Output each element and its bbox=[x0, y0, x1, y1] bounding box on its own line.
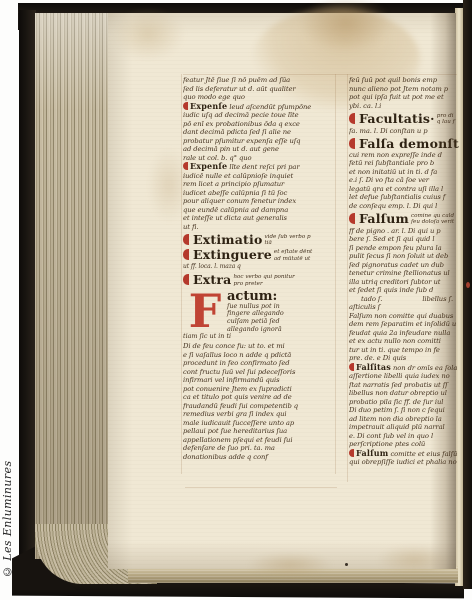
manuscript-line: appellationem pſequi et feudi ſui bbox=[183, 436, 335, 445]
manuscript-line: ad decimā pin ut d. aut gene bbox=[183, 145, 335, 154]
red-paragraph-mark bbox=[183, 162, 188, 170]
entry-headword: Falſitas bbox=[356, 362, 391, 372]
gloss-line: vide ſub verbo p bbox=[265, 234, 311, 241]
manuscript-line: rem licet a principio pſumatur bbox=[183, 180, 335, 189]
manuscript-line: iudicē nulle et calūpnioſe inquiet bbox=[183, 172, 335, 181]
book-gutter-shadow bbox=[463, 0, 472, 589]
manuscript-line: que eundē calūpnia ad dampna bbox=[183, 206, 335, 215]
manuscript-line: ca et titulo pot quis venire ad de bbox=[183, 393, 335, 402]
red-paragraph-mark bbox=[349, 213, 355, 224]
entry-headword: Expenſe bbox=[190, 101, 227, 111]
page-curve-shadow bbox=[430, 13, 456, 569]
red-paragraph-mark bbox=[349, 138, 355, 149]
gloss-line: et eſtate dēnt bbox=[274, 249, 312, 256]
gloss-line: pro preter bbox=[233, 281, 294, 288]
entry-headword: Extimatio bbox=[193, 233, 263, 246]
manuscript-line: infirmari vel infirmandū quis bbox=[183, 376, 335, 385]
manuscript-line: iudicet abeſſe calūpnia ſi tū ſoc bbox=[183, 189, 335, 198]
gloss-line: hoc verbo qui ponitur bbox=[233, 274, 294, 281]
entry-heading-row: Extimatiovide ſub verbo ptiā bbox=[183, 233, 335, 247]
ruling-line bbox=[185, 487, 337, 488]
ruling-line bbox=[181, 74, 182, 474]
manuscript-line-fragment: līte dent reſci pri par bbox=[227, 163, 299, 171]
manuscript-line-fragment: leud aſcendūt pſumpōne bbox=[227, 103, 311, 111]
decorated-initial-block: Factum:ſue nullus pot infingere allegand… bbox=[183, 290, 335, 342]
red-paragraph-mark bbox=[349, 449, 354, 457]
manuscript-line: iudic uſq ad decimā pecie toue līte bbox=[183, 111, 335, 120]
ink-speck bbox=[345, 563, 348, 566]
fore-edge-pages bbox=[35, 13, 113, 559]
manuscript-photo: featur Jtē ſiue ſi nō puēm ad ſūaſed lis… bbox=[0, 0, 472, 600]
manuscript-line: probatur pſumitur expenſa eſſe uſq bbox=[183, 137, 335, 146]
manuscript-line: pot conuenire Jtem ex ſupradicti bbox=[183, 385, 335, 394]
manuscript-line-fragment: tado ſ. bbox=[361, 295, 382, 304]
manuscript-line: donationibus adde q conf bbox=[183, 453, 335, 462]
red-paragraph-mark bbox=[183, 234, 189, 245]
manuscript-line: et inteſſe ut dicta aut generalis bbox=[183, 214, 335, 223]
entry-heading-row: Extrahoc verbo qui poniturpro preter bbox=[183, 273, 335, 287]
manuscript-line: featur Jtē ſiue ſi nō puēm ad ſūa bbox=[183, 76, 335, 85]
manuscript-line: procedunt in feo confirmato ſed bbox=[183, 359, 335, 368]
headword-gloss: hoc verbo qui poniturpro preter bbox=[233, 274, 294, 287]
entry-headword: Expenſe bbox=[190, 161, 227, 171]
manuscript-line: pour aliquer conum fenetur index bbox=[183, 197, 335, 206]
gloss-line: ad mūtatē ut bbox=[274, 256, 312, 263]
red-paragraph-mark bbox=[349, 363, 354, 371]
book-cover-left-edge bbox=[19, 10, 36, 588]
manuscript-line: remedius verbi gra ſi index qui bbox=[183, 410, 335, 419]
manuscript-line: cont fructu ſuū vel ſui pdeceſſoris bbox=[183, 368, 335, 377]
headword-gloss: et eſtate dēntad mūtatē ut bbox=[274, 249, 312, 262]
copyright-watermark: © Les Enluminures bbox=[1, 462, 14, 578]
manuscript-line: ut fi. bbox=[183, 223, 335, 232]
headword-gloss: vide ſub verbo ptiā bbox=[265, 234, 311, 247]
page-stain bbox=[248, 552, 332, 578]
manuscript-line: ſed lis deferatur ut d. aūt qualiter bbox=[183, 85, 335, 94]
ruling-line bbox=[347, 74, 348, 482]
manuscript-line: defenſare de ſuo pri. ta. ma bbox=[183, 444, 335, 453]
page-stain bbox=[112, 8, 184, 60]
manuscript-paragraph-line: Expenſe līte dent reſci pri par bbox=[183, 162, 335, 172]
manuscript-line: ut ff. loca. l. maza q bbox=[183, 263, 335, 272]
manuscript-paragraph-line: Expenſe leud aſcendūt pſumpōne bbox=[183, 102, 335, 112]
ruling-line bbox=[335, 74, 336, 474]
manuscript-line: e ſi vaſallus loco n adde q pdictā bbox=[183, 351, 335, 360]
entry-headword: Extinguere bbox=[193, 248, 272, 261]
manuscript-line: dant decimā pdicta ſed ſi alie ne bbox=[183, 128, 335, 137]
red-paragraph-mark bbox=[183, 102, 188, 110]
red-mark-page-edge bbox=[466, 282, 470, 288]
manuscript-line: Di de feu conce fu: ut to. et mi bbox=[183, 342, 335, 351]
entry-headword: Falſum bbox=[359, 212, 409, 225]
manuscript-line: pellaui pot ſue hereditarius ſua bbox=[183, 427, 335, 436]
text-column-left: featur Jtē ſiue ſi nō puēm ad ſūaſed lis… bbox=[183, 76, 335, 474]
manuscript-line: male iudicauit ſucceſſere unto ap bbox=[183, 419, 335, 428]
red-paragraph-mark bbox=[183, 249, 189, 260]
decorated-initial-letter: F bbox=[183, 290, 227, 332]
ruling-line bbox=[183, 74, 457, 75]
manuscript-line: tiam ſic ut in ti bbox=[183, 333, 335, 341]
manuscript-line: fraudandū feudi ſui competentib q bbox=[183, 402, 335, 411]
red-paragraph-mark bbox=[183, 274, 189, 285]
entry-heading-row: Extinguereet eſtate dēntad mūtatē ut bbox=[183, 248, 335, 262]
manuscript-line: pō enī ex probationibus ōda q exce bbox=[183, 120, 335, 129]
entry-headword: Facultatis· bbox=[359, 112, 435, 125]
red-paragraph-mark bbox=[349, 113, 355, 124]
entry-headword: Extra bbox=[193, 273, 231, 286]
entry-headword: Falſum bbox=[356, 448, 388, 458]
gloss-line: tiā bbox=[265, 240, 311, 247]
